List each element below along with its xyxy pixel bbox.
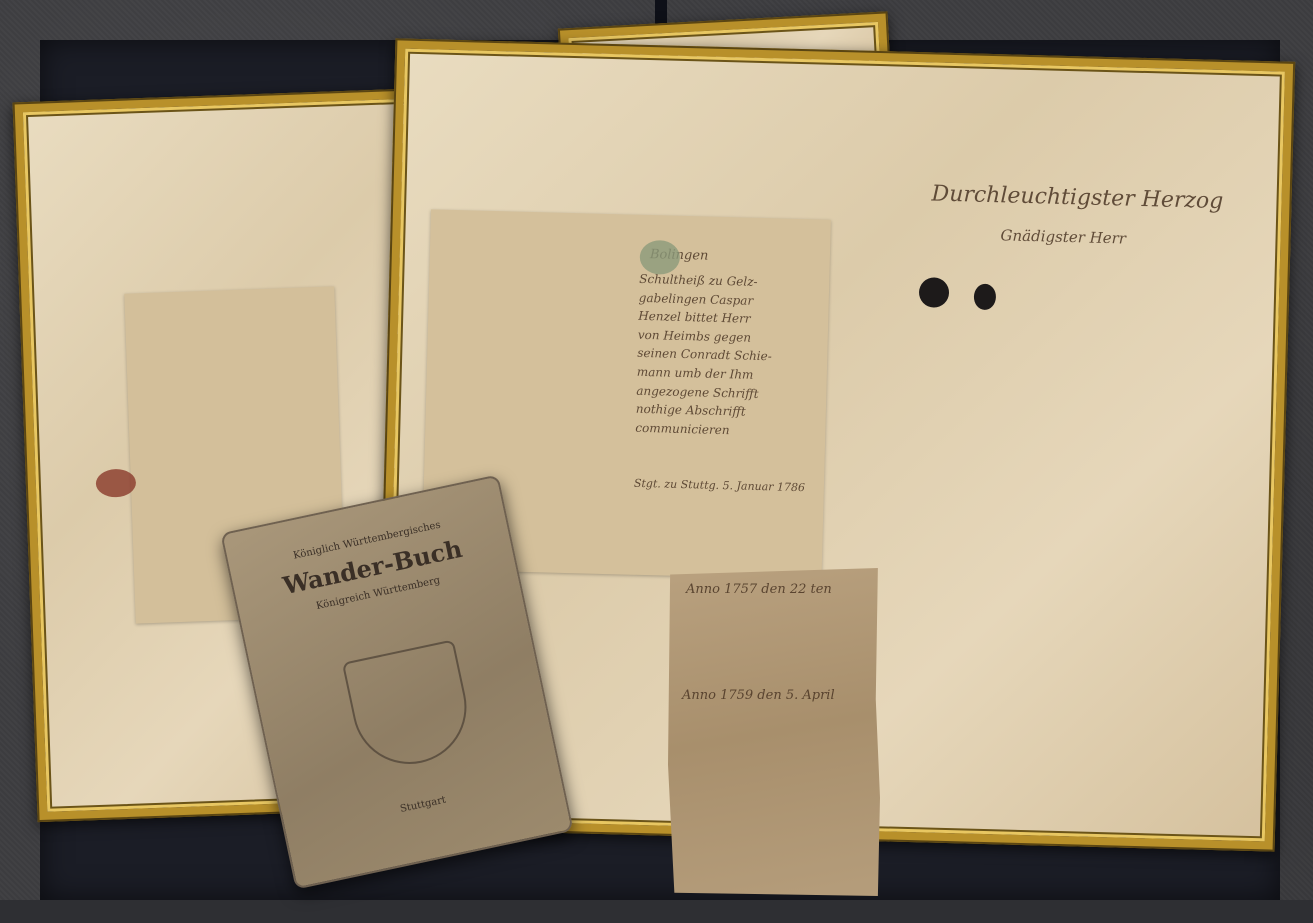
handwritten-slip: Anno 1757 den 22 ten Anno 1759 den 5. Ap… <box>668 568 880 896</box>
bottom-strip <box>0 900 1313 923</box>
ink-blot <box>974 284 997 311</box>
red-seal-stain <box>95 468 136 497</box>
date-note: Stgt. zu Stuttg. 5. Januar 1786 <box>634 475 806 497</box>
slip-line: Anno 1759 den 5. April <box>682 686 835 706</box>
ink-blot <box>919 277 950 308</box>
salutation-subtitle: Gnädigster Herr <box>1000 224 1126 251</box>
slip-line: Anno 1757 den 22 ten <box>686 580 832 600</box>
side-note-text: Schultheiß zu Gelz- gabelingen Caspar He… <box>635 270 774 441</box>
salutation: Durchleuchtigster Herzog <box>931 177 1224 219</box>
booklet-footer: Stuttgart <box>285 770 561 839</box>
coat-of-arms-icon <box>342 639 477 774</box>
